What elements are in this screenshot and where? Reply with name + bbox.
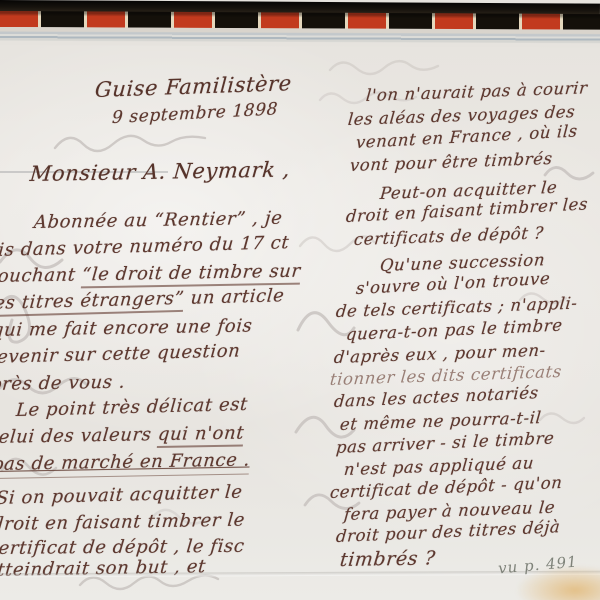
line-segment: touchant (0, 264, 83, 287)
handwritten-line: droit en faisant timbrer le (0, 510, 246, 535)
handwritten-line: près de vous . (0, 372, 126, 395)
handwritten-line: pas de marché en France . (0, 449, 251, 475)
line-segment: celui des valeurs (0, 424, 159, 448)
double-underlined-phrase: pas de marché en France . (0, 449, 251, 479)
underlined-phrase: qui n'ont (157, 423, 245, 449)
handwritten-line: certificat de dépôt , le fisc (0, 536, 246, 559)
handwritten-line: touchant “le droit de timbre sur (0, 261, 302, 287)
scanned-letter-page: Guise Familistère 9 septembre 1898 Monsi… (0, 0, 600, 600)
salutation: Monsieur A. Neymark , (29, 157, 291, 186)
underlined-phrase: “le droit de timbre sur (81, 261, 302, 289)
line-segment: un article (184, 285, 286, 309)
handwritten-line: timbrés ? (339, 547, 437, 571)
page-stack-edge (0, 27, 600, 48)
handwritten-line: celui des valeurs qui n'ont (0, 423, 245, 449)
handwritten-line: atteindrait son but , et (0, 556, 207, 581)
handwritten-line: Abonnée au “Rentier” , je (33, 208, 283, 233)
